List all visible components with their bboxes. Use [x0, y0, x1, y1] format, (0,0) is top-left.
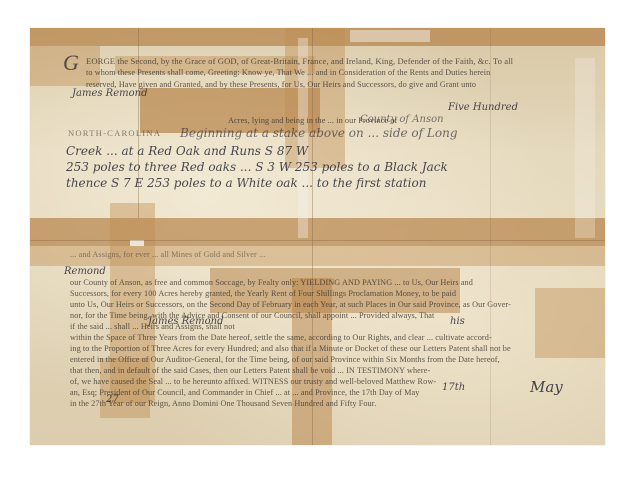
- printed-bottom-line-2: our County of Anson, as free and common …: [70, 278, 473, 287]
- horizontal-fold: [30, 240, 605, 241]
- drop-cap-g: G: [63, 50, 79, 76]
- province-label: NORTH-CAROLINA: [68, 128, 161, 138]
- right-vertical-stain: [535, 288, 605, 358]
- month-handwritten: May: [530, 378, 563, 396]
- county-handwritten: County of Anson: [360, 114, 444, 125]
- printed-bottom-line-9: entered in the Office of Our Auditor-Gen…: [70, 355, 500, 364]
- printed-bottom-line-4: unto Us, Our Heirs or Successors, on the…: [70, 300, 511, 309]
- printed-bottom-line-5: nor, for the Time being, with the Advice…: [70, 311, 434, 320]
- printed-bottom-line-11: of, we have caused the Seal ... to be he…: [70, 377, 436, 386]
- printed-line-2: to whom these Presents shall come, Greet…: [86, 68, 490, 77]
- survey-line-3: 253 poles to three Red oaks ... S 3 W 25…: [66, 160, 448, 174]
- regnal-year-handwritten: 27: [106, 394, 119, 405]
- printed-line-1: EORGE the Second, by the Grace of GOD, o…: [86, 56, 513, 66]
- survey-line-4: thence S 7 E 253 poles to a White oak ..…: [66, 176, 426, 190]
- day-handwritten: 17th: [442, 382, 465, 393]
- vertical-fold-right: [490, 28, 491, 445]
- printed-bottom-line-12: an, Esq; President of Our Council, and C…: [70, 388, 419, 397]
- his-handwritten: his: [450, 316, 465, 327]
- printed-bottom-line-1: ... and Assigns, for ever ... all Mines …: [70, 250, 265, 259]
- printed-bottom-line-10: that then, and in default of the said Ca…: [70, 366, 430, 375]
- land-grant-document: G EORGE the Second, by the Grace of GOD,…: [30, 28, 605, 445]
- grantee-full-bottom: James Remond: [148, 316, 223, 327]
- printed-bottom-line-7: within the Space of Three Years from the…: [70, 333, 492, 342]
- survey-line-1: Beginning at a stake above on ... side o…: [180, 126, 458, 140]
- right-edge-tear: [575, 58, 595, 238]
- printed-bottom-line-3: Successors, for every 100 Acres hereby g…: [70, 289, 456, 298]
- grantee-repeat: Remond: [64, 266, 106, 277]
- printed-bottom-line-8: ing to the Proportion of Three Acres for…: [70, 344, 511, 353]
- survey-line-2: Creek ... at a Red Oak and Runs S 87 W: [66, 144, 308, 158]
- top-right-tear: [350, 30, 430, 42]
- grantee-name-top: James Remond: [72, 88, 147, 99]
- acreage-handwritten: Five Hundred: [448, 102, 518, 113]
